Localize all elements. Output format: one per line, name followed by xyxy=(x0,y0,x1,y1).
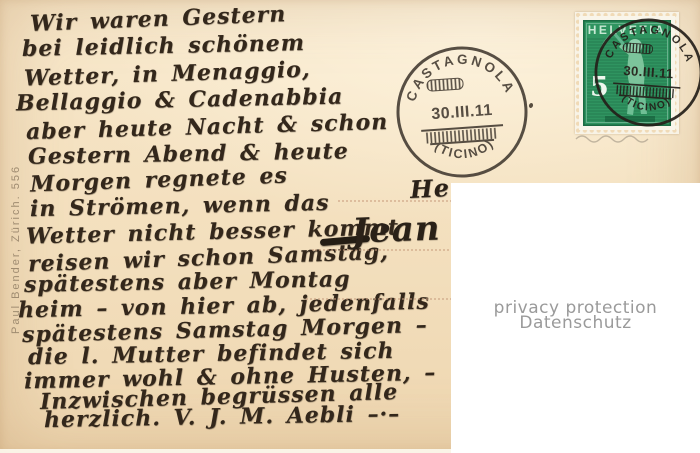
address-recipient-name: Jean xyxy=(351,208,441,251)
privacy-watermark-line2: Datenschutz xyxy=(451,313,700,333)
privacy-watermark: privacy protection Datenschutz xyxy=(451,298,700,333)
pencil-scribble xyxy=(574,131,654,145)
scan-edge xyxy=(0,449,452,453)
publisher-imprint: Paul Bender, Zürich. 556 xyxy=(10,165,22,334)
postmark-date: 30.III.11 xyxy=(431,102,493,123)
postmark-town-arc: CASTAGNOLA xyxy=(400,48,518,104)
postmark-date: 30.III.11 xyxy=(623,63,674,81)
svg-text:CASTAGNOLA: CASTAGNOLA xyxy=(400,48,518,104)
address-ruling-line xyxy=(306,298,460,300)
svg-text:CASTAGNOLA: CASTAGNOLA xyxy=(603,21,699,67)
postmark-town-arc: CASTAGNOLA xyxy=(603,21,699,67)
privacy-mask: privacy protection Datenschutz xyxy=(451,183,700,453)
postmark-castagnola: CASTAGNOLA (TICINO) 30.III.11 xyxy=(387,37,536,186)
postmark-on-stamp: CASTAGNOLA (TICINO) 30.III.11 xyxy=(587,11,700,134)
postcard-scan: Wir waren Gestern bei leidlich schönem W… xyxy=(0,0,700,453)
